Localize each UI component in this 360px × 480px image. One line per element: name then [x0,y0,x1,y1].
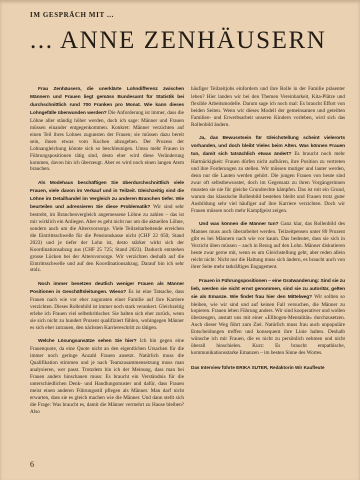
interview-paragraph: Noch immer besetzen deutlich weniger Fra… [30,281,184,332]
magazine-page: IM GESPRÄCH MIT ... ... ANNE ZENHÄUSERN … [0,0,360,480]
interview-answer: häufiger Teilzeitjobs einfordern und ihr… [191,86,345,128]
interview-paragraph: häufiger Teilzeitjobs einfordern und ihr… [191,86,345,129]
interview-answer: Wir sind sehr bestrebt, im Branchenvergl… [30,204,184,274]
page-title: ... ANNE ZENHÄUSERN [30,27,348,55]
interview-paragraph: Frauen in Führungspositionen – eine Grat… [191,278,345,357]
interview-question: Und was können die Männer tun? [199,222,280,227]
interview-paragraph: Und was können die Männer tun? Ganz klar… [191,221,345,271]
right-column: häufiger Teilzeitjobs einfordern und ihr… [191,86,345,422]
interview-answer: Die Anforderung ist immer, dass die Löhn… [30,110,184,173]
interview-paragraph: Welche Lösungsansätze sehen Sie hier? Ic… [30,338,184,415]
left-column: Frau Zenhäusern, die unerklärte Lohndiff… [30,86,184,422]
interview-paragraph: Ja, das Bewusstsein für Gleichstellung s… [191,135,345,214]
interview-paragraph: Als Modehaus beschäftigen Sie überdurchs… [30,180,184,274]
interview-answer: Wir sollten so bleiben, wie wir sind und… [191,294,345,357]
interview-answer: Ich bin gegen eine Frauenquote, da eine … [30,338,184,415]
interview-answer: Es ist eine Tatsache, dass Frauen nach w… [30,289,184,331]
article-columns: Frau Zenhäusern, die unerklärte Lohndiff… [30,86,345,422]
interview-answer: Ganz klar, das Rollenbild des Mannes mus… [191,221,345,270]
interview-paragraph: Frau Zenhäusern, die unerklärte Lohndiff… [30,86,184,173]
section-kicker: IM GESPRÄCH MIT ... [30,11,114,19]
interview-credit: Das Interview führte ERIKA SUTER, Redakt… [191,365,345,372]
interview-answer: Es braucht noch mehr Hartnäckigkeit: Fra… [191,151,345,214]
interview-question: Welche Lösungsansätze sehen Sie hier? [38,339,140,344]
page-number: 6 [30,460,34,469]
